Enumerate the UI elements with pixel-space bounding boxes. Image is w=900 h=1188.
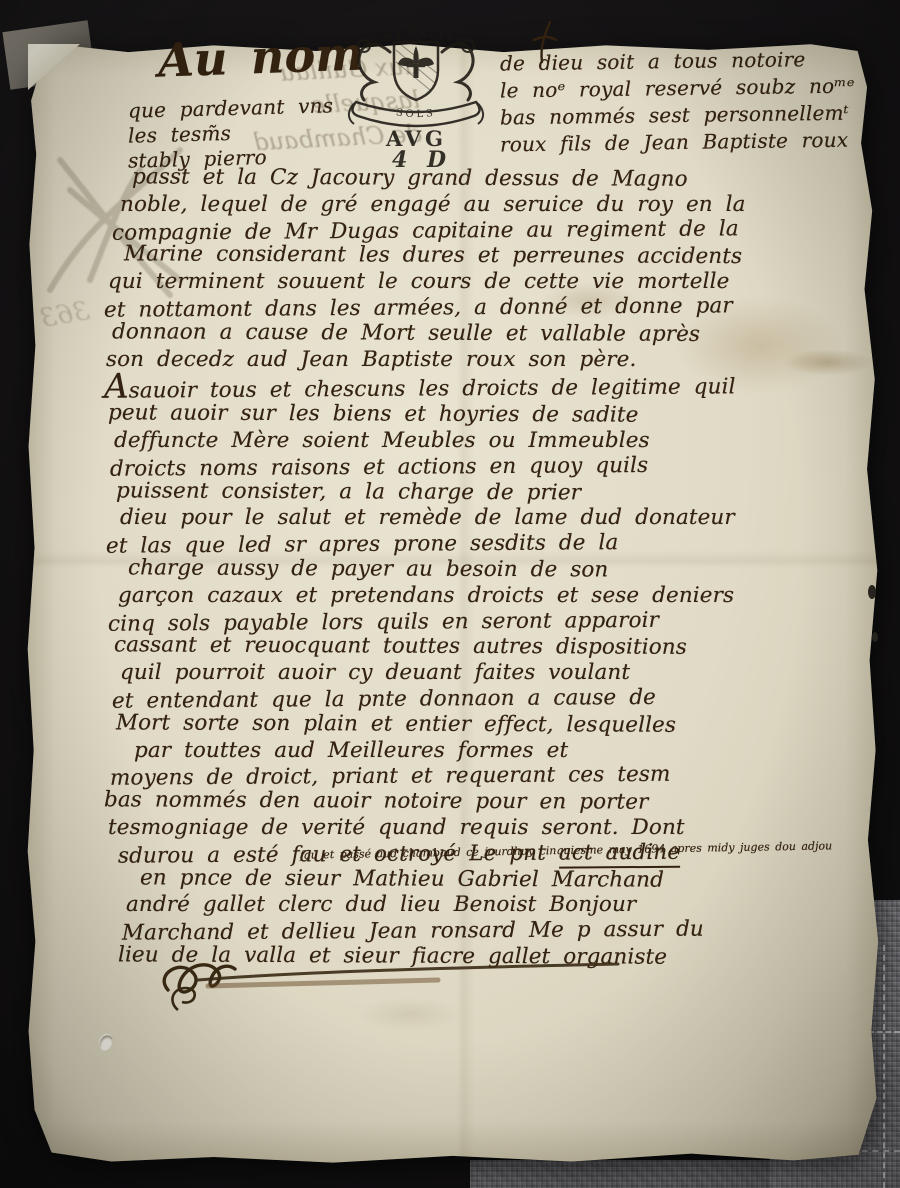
manuscript-line: charge aussy de payer au besoin de son xyxy=(128,555,884,584)
manuscript-line: dieu pour le salut et remède de lame dud… xyxy=(120,505,884,531)
fleur-de-lis-icon xyxy=(398,46,434,78)
manuscript-line: roux fils de Jean Baptiste roux xyxy=(500,127,855,159)
manuscript-line: passt et la Cz Jacoury grand dessus de M… xyxy=(132,164,884,193)
manuscript-line: puissent consister, a la charge de prier xyxy=(116,478,884,507)
manuscript-line: peut auoir sur les biens et hoyries de s… xyxy=(108,400,884,429)
manuscript-line: droicts noms raisons et actions en quoy … xyxy=(110,451,884,482)
manuscript-line: Marine considerant les dures et perreune… xyxy=(124,242,884,271)
manuscript-line: qui terminent souuent le cours de cette … xyxy=(108,269,884,295)
generalite-stamp: GENERALITE SOLS AVG 4 D xyxy=(330,10,502,170)
stamp-banner-text: SOLS xyxy=(395,107,436,120)
manuscript-line: Mort sorte son plain et entier effect, l… xyxy=(116,710,884,739)
manuscript-line: bas nommés den auoir notoire pour en por… xyxy=(104,787,884,816)
manuscript-line: en pnce de sieur Mathieu Gabriel Marchan… xyxy=(140,865,884,894)
manuscript-line: deffuncte Mère soient Meubles ou Immeubl… xyxy=(114,428,884,454)
manuscript-line: cassant et reuocquant touttes autres dis… xyxy=(114,633,884,662)
manuscript-line: par touttes aud Meilleures formes et xyxy=(134,738,884,764)
notarial-cross-mark xyxy=(528,18,558,64)
manuscript-line: andré gallet clerc dud lieu Benoist Bonj… xyxy=(126,892,884,918)
stamp-arc-text: GENERALITE xyxy=(361,26,468,53)
opening-right-lines: de dieu soit a tous notoirele noᵉ royal … xyxy=(500,48,855,156)
manuscript-line: quil pourroit auoir cy deuant faites vou… xyxy=(120,660,884,686)
opening-left-lines: que pardevant vnsles tesm̃sstably pierro xyxy=(128,96,333,171)
stamp-value: 4 D xyxy=(392,147,452,170)
manuscript-line: Asauoir tous et chescuns les droicts de … xyxy=(104,370,884,405)
manuscript-line: tesmogniage de verité quand requis seron… xyxy=(108,815,884,841)
photograph-of-manuscript: aux Guillaulasquellede Chambaud 363 GENE… xyxy=(0,0,900,1188)
manuscript-line: donnaon a cause de Mort seulle et vallab… xyxy=(112,319,884,348)
manuscript-line: noble, lequel de gré engagé au seruice d… xyxy=(120,192,884,218)
manuscript-line: son decedz aud Jean Baptiste roux son pè… xyxy=(106,347,884,373)
manuscript-line: et entendant que la pnte donnaon a cause… xyxy=(112,683,884,714)
notary-paraph-flourish xyxy=(138,950,678,1020)
manuscript-line: garçon cazaux et pretendans droicts et s… xyxy=(118,583,884,609)
